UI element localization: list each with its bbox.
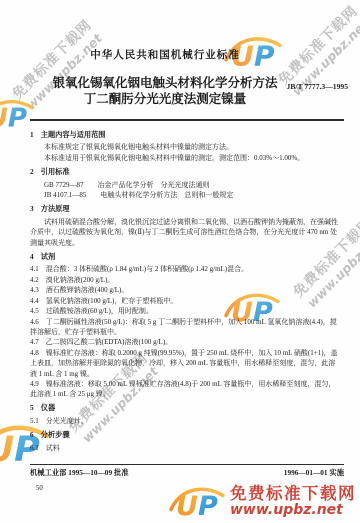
clause-6-1: 6.1 试料 — [30, 443, 340, 453]
section-6-heading: 6 分析步骤 — [30, 430, 340, 440]
section-2-heading: 2 引用标准 — [30, 167, 340, 177]
page-number: 50 — [36, 485, 43, 492]
section-1-para-1: 本标准规定了银氧化锡氧化铟电触头材料中镍量的测定方法。 — [30, 142, 340, 152]
watermark-site-name: 免费标准下载网 — [230, 485, 356, 503]
footer-rule — [30, 464, 344, 465]
standard-type-label: 中华人民共和国机械行业标准 — [0, 47, 330, 62]
section-3-heading: 3 方法原理 — [30, 204, 340, 214]
section-1-heading: 1 主题内容与适用范围 — [30, 130, 340, 140]
watermark-brand-footer: 免费标准下载网 www.upbz.net — [167, 480, 356, 522]
upbz-logo-icon — [167, 480, 227, 522]
clause-4-9: 4.9 镍标准溶液：移取 5.00 mL 镍标准贮存溶液(4.8)于 200 m… — [30, 379, 340, 400]
watermark-brand-text: 免费标准下载网 www.upbz.net — [230, 485, 356, 518]
clause-4-8: 4.8 镍标准贮存溶液：称取 0.2000 g 纯镍(99.95%)，置于 25… — [30, 348, 340, 379]
document-title-line2: 丁二酮肟分光光度法测定镍量 — [0, 89, 330, 107]
standard-number: JB/T 7777.3—1995 — [287, 82, 348, 91]
clause-4-4: 4.4 氢氧化钠溶液(100 g/L)，贮存于塑料瓶中。 — [30, 296, 340, 306]
clause-5-1: 5.1 分光光度计。 — [30, 416, 340, 426]
standard-document-page: 免费标准下载网 www.upbz.net 免费标准下载网 www.upbz.ne… — [0, 0, 360, 523]
footer-row: 机械工业部 1995—10—09 批准 1996—01—01 实施 — [30, 468, 344, 478]
section-5-heading: 5 仪器 — [30, 403, 340, 413]
clause-4-5: 4.5 过硫酸铵溶液(60 g/L)，用时配制。 — [30, 306, 340, 316]
header-rule — [30, 119, 344, 121]
section-1-para-2: 本标准适用于银氧化锡氧化铟电触头材料中镍量的测定。测定范围：0.03%～1.00… — [30, 153, 340, 163]
clause-4-2: 4.2 溴化钠溶液(200 g/L)。 — [30, 275, 340, 285]
reference-jb-4107: JB 4107.1—85 电触头材料化学分析方法 总则和一般规定 — [44, 190, 340, 200]
section-3-para: 试料用硫硝混合酸分解，溴化银沉淀过滤分离银和二氧化锡，以酒石酸钾钠为掩蔽剂，在强… — [30, 217, 340, 248]
implementation-note: 1996—01—01 实施 — [284, 468, 344, 478]
clause-4-6: 4.6 丁二酮肟碱性溶液(50 g/L)：称取 5 g 丁二酮肟于塑料杯中，加入… — [30, 317, 340, 338]
clause-4-3: 4.3 酒石酸钾钠溶液(400 g/L)。 — [30, 285, 340, 295]
document-body: 1 主题内容与适用范围 本标准规定了银氧化锡氧化铟电触头材料中镍量的测定方法。 … — [30, 126, 340, 453]
reference-gb-7729: GB 7729—87 冶金产品化学分析 分光光度法通则 — [44, 180, 340, 190]
clause-4-7: 4.7 乙二胺四乙酸二钠(EDTA)溶液(100 g/L)。 — [30, 337, 340, 347]
approval-note: 机械工业部 1995—10—09 批准 — [30, 468, 129, 478]
watermark-site-url: www.upbz.net — [230, 503, 356, 518]
section-4-heading: 4 试剂 — [30, 252, 340, 262]
clause-4-1: 4.1 混合酸：3 体积硫酸(ρ 1.84 g/mL)与 2 体积硝酸(ρ 1.… — [30, 264, 340, 274]
